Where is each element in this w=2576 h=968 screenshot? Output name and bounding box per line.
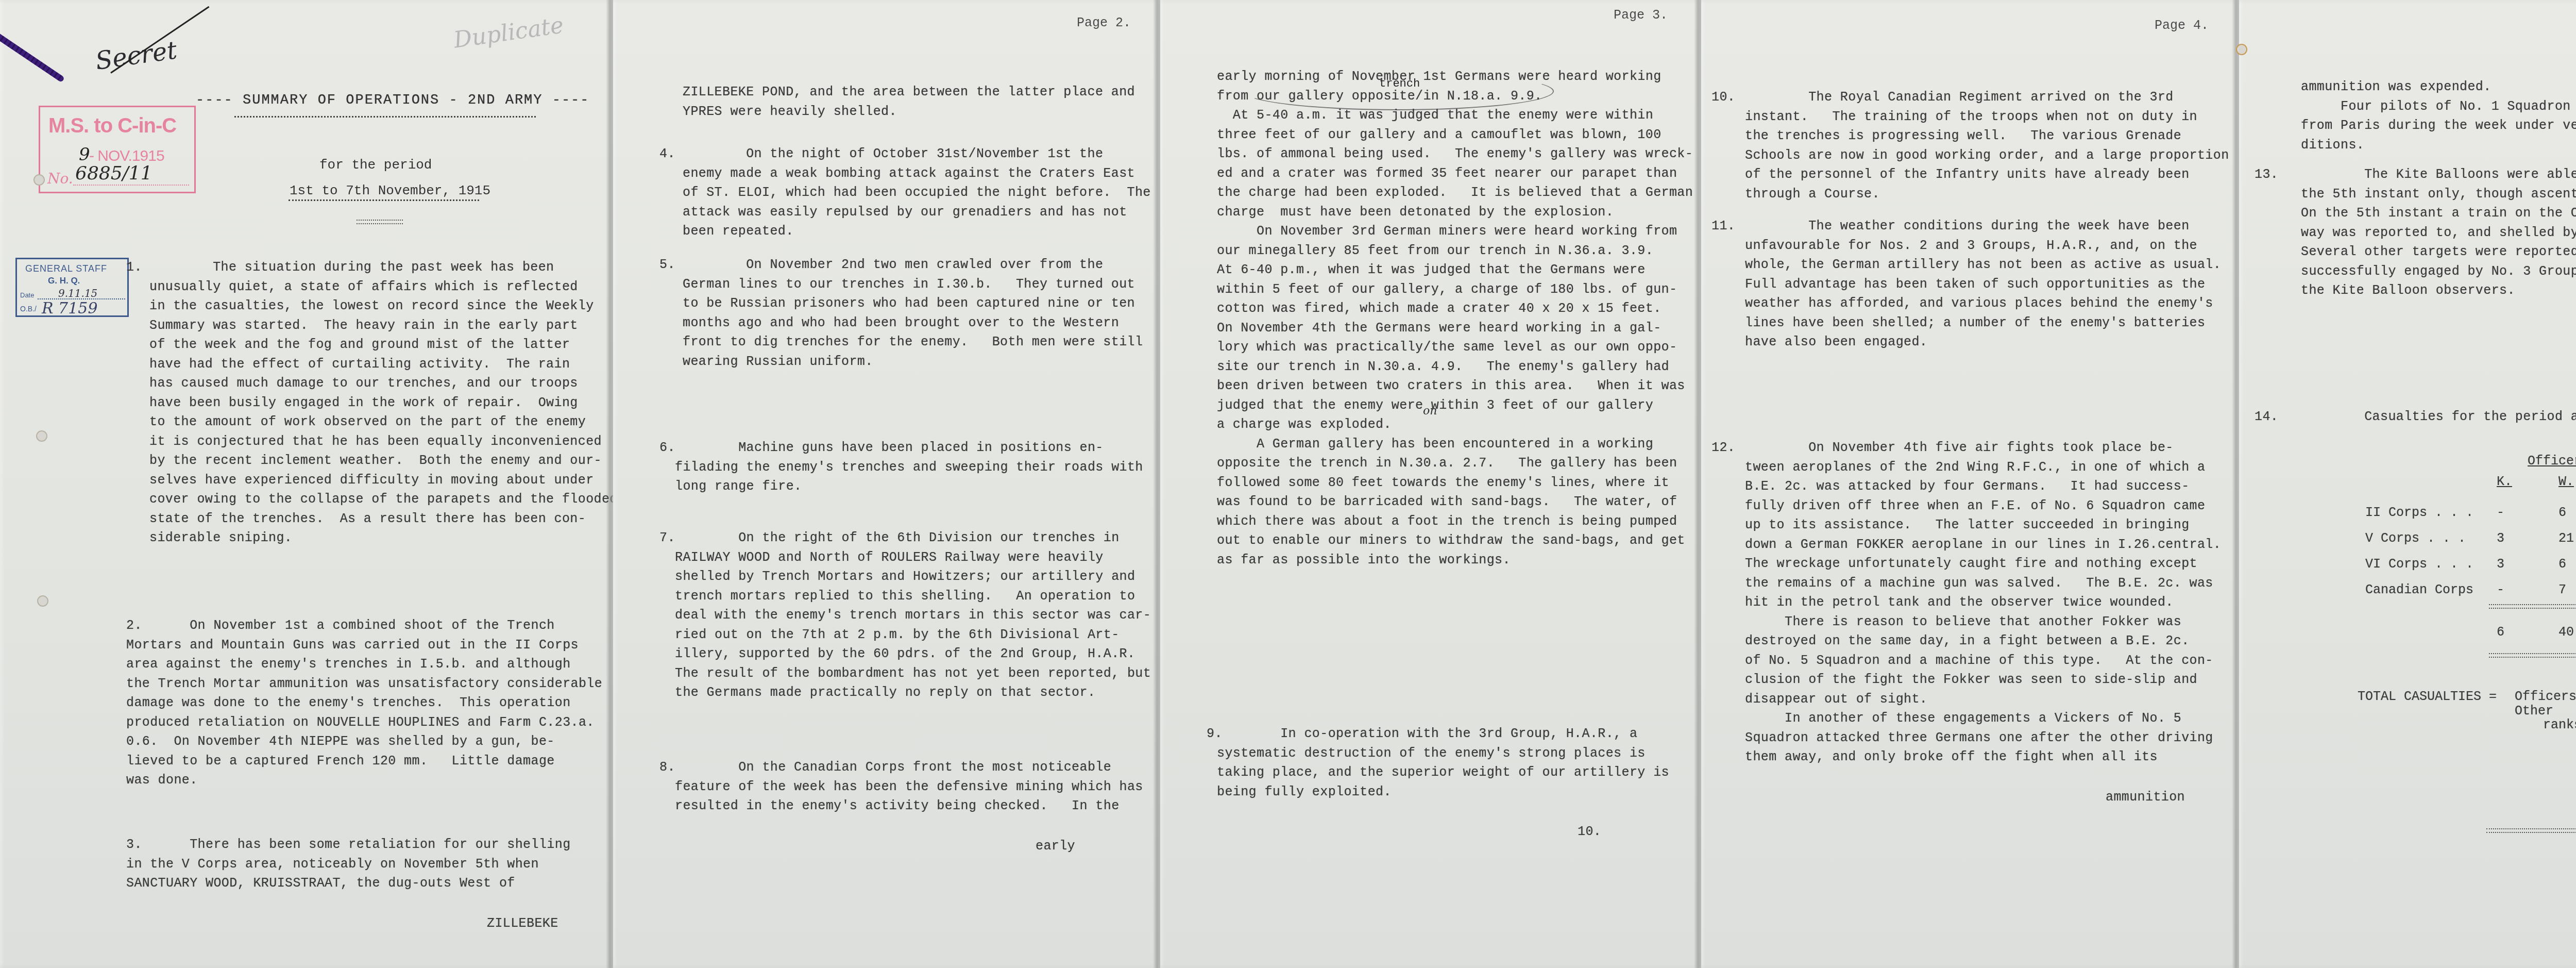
text-line: In co-operation with the 3rd Group, H.A.… bbox=[1217, 724, 1669, 744]
text-line: ammunition was expended. bbox=[2301, 77, 2576, 97]
row-unit: II Corps . . . bbox=[2365, 505, 2473, 520]
text-line: On November 1st a combined shoot of the … bbox=[126, 616, 602, 636]
text-line: from our gallery opposite/in N.18.a. 9.9… bbox=[1217, 87, 1693, 106]
text-line: area against the enemy's trenches in I.5… bbox=[126, 655, 602, 674]
text-line: Summary was started. The heavy rain in t… bbox=[149, 316, 618, 336]
row-value: 3 bbox=[2497, 531, 2504, 546]
document-subtitle: for the period bbox=[319, 157, 432, 173]
text-line: been repeated. bbox=[683, 222, 1151, 241]
text-line: The situation during the past week has b… bbox=[149, 258, 618, 277]
text-line: of ST. ELOI, which had been occupied the… bbox=[683, 183, 1151, 203]
text-line: shelled by Trench Mortars and Howitzers;… bbox=[675, 567, 1151, 587]
text-line: in the V Corps area, noticeably on Novem… bbox=[126, 855, 571, 874]
text-line: ried out on the 7th at 2 p.m. by the 6th… bbox=[675, 625, 1151, 645]
period-underline bbox=[289, 199, 479, 201]
text-line: A German gallery has been encountered in… bbox=[1217, 435, 1693, 454]
text-line: of the personnel of the Infantry units h… bbox=[1745, 165, 2229, 185]
text-line: Machine guns have been placed in positio… bbox=[675, 438, 1143, 458]
other-ranks-label: Other bbox=[2515, 704, 2553, 719]
text-line: opposite the trench in N.30.a. 2.7. The … bbox=[1217, 454, 1693, 473]
text-line: The weather conditions during the week h… bbox=[1745, 216, 2221, 236]
column-header: W. bbox=[2558, 474, 2574, 489]
text-line: have been busily engaged in the work of … bbox=[149, 393, 618, 413]
text-line: At 6-40 p.m., when it was judged that th… bbox=[1217, 260, 1693, 280]
text-line: ed and a crater was formed 35 feet neare… bbox=[1217, 164, 1693, 183]
text-line: being fully exploited. bbox=[1217, 782, 1669, 802]
total-value: 40 bbox=[2558, 625, 2574, 640]
page-number: Page 4. bbox=[2155, 18, 2209, 33]
catchword: ammunition bbox=[2106, 788, 2185, 807]
general-staff-stamp: GENERAL STAFF G. H. Q. Date 9.11.15 O.B.… bbox=[15, 258, 129, 317]
row-unit: Canadian Corps bbox=[2365, 582, 2473, 597]
text-line: On the right of the 6th Division our tre… bbox=[675, 528, 1151, 548]
text-line: weather has afforded, and various places… bbox=[1745, 294, 2221, 313]
paragraph-number: 14. bbox=[2255, 407, 2278, 427]
text-line: 0.6. On November 4th NIEPPE was shelled … bbox=[126, 732, 602, 752]
paragraph: On the Canadian Corps front the most not… bbox=[675, 758, 1143, 816]
pencil-note: Duplicate bbox=[452, 12, 565, 53]
text-line: have also been engaged. bbox=[1745, 332, 2221, 352]
page-5: Page 5. OfficersOther ranksK.W.M.K.W.M.I… bbox=[2239, 0, 2576, 968]
text-line: fully driven off three when an F.E. of N… bbox=[1745, 496, 2221, 516]
stamp-title: M.S. to C-in-C bbox=[48, 114, 176, 138]
text-line: On November 2nd two men crawled over fro… bbox=[683, 255, 1143, 275]
stamp-handwritten-number: 6885/11 bbox=[75, 163, 152, 184]
text-line: On November 4th the Germans were heard w… bbox=[1217, 319, 1693, 338]
paragraph-number: 5. bbox=[659, 255, 675, 275]
text-line: the Kite Balloon observers. bbox=[2301, 281, 2576, 301]
column-header: K. bbox=[2497, 474, 2512, 489]
paragraph-number: 1. bbox=[126, 258, 142, 277]
text-line: siderable sniping. bbox=[149, 528, 618, 548]
text-line: hit in the petrol tank and the observer … bbox=[1745, 593, 2221, 612]
catchword: early bbox=[1036, 837, 1075, 856]
text-line: enemy made a weak bombing attack against… bbox=[683, 164, 1151, 183]
text-line: damage was done to the enemy's trenches.… bbox=[126, 693, 602, 713]
stamp-handwritten-ob: R 7159 bbox=[42, 299, 97, 318]
total-casualties-label: TOTAL CASUALTIES = bbox=[2358, 689, 2497, 704]
row-value: 6 bbox=[2558, 557, 2566, 572]
punch-hole bbox=[2236, 44, 2247, 55]
text-line: instant. The training of the troops when… bbox=[1745, 107, 2229, 127]
text-line: site our trench in N.30.a. 4.9. The enem… bbox=[1217, 357, 1693, 377]
text-line: which there was about a foot in the tren… bbox=[1217, 512, 1693, 531]
text-line: has caused much damage to our trenches, … bbox=[149, 374, 618, 393]
row-value: 3 bbox=[2497, 557, 2504, 572]
text-line: a charge was exploded. bbox=[1217, 415, 1693, 435]
text-line: to be Russian prisoners who had been cap… bbox=[683, 294, 1143, 313]
text-line: On November 3rd German miners were heard… bbox=[1217, 222, 1693, 241]
text-line: German lines to our trenches in I.30.b. … bbox=[683, 275, 1143, 294]
totals-rule bbox=[2489, 604, 2576, 609]
text-line: state of the trenches. As a result there… bbox=[149, 509, 618, 529]
text-line: selves have experienced difficulty in mo… bbox=[149, 471, 618, 490]
text-line: unusually quiet, a state of affairs whic… bbox=[149, 277, 618, 297]
text-line: taking place, and the superior weight of… bbox=[1217, 763, 1669, 782]
text-line: whole, the German artillery has not been… bbox=[1745, 255, 2221, 275]
officers-label: Officers bbox=[2515, 689, 2576, 704]
paragraph-number: 6. bbox=[659, 438, 675, 458]
text-line: attack was easily repulsed by our grenad… bbox=[683, 203, 1151, 222]
text-line: lbs. of ammonal being used. The enemy's … bbox=[1217, 144, 1693, 164]
stamp-handwritten-date: 9.11.15 bbox=[58, 287, 97, 299]
paragraph: There has been some retaliation for our … bbox=[126, 835, 571, 893]
row-value: 6 bbox=[2558, 505, 2566, 520]
punch-hole bbox=[37, 595, 48, 607]
text-line: On the 5th instant a train on the COMINE… bbox=[2301, 204, 2576, 223]
group-header-officers: Officers bbox=[2528, 454, 2576, 469]
text-line: front to dig trenches for the enemy. Bot… bbox=[683, 332, 1143, 352]
stamp-date: - NOV.1915 bbox=[89, 147, 164, 165]
text-line: Squadron attacked three Germans one afte… bbox=[1745, 728, 2221, 748]
paragraph-number: 4. bbox=[659, 144, 675, 164]
text-line: YPRES were heavily shelled. bbox=[683, 102, 1135, 122]
text-line: way was reported to, and shelled by, No.… bbox=[2301, 223, 2576, 243]
text-line: resulted in the enemy's activity being c… bbox=[675, 796, 1143, 816]
totals-double-rule bbox=[2489, 653, 2576, 658]
catchword: 10. bbox=[1578, 822, 1601, 842]
text-line: lory which was practically/the same leve… bbox=[1217, 338, 1693, 357]
binding-string bbox=[0, 31, 65, 82]
text-line: it is conjectured that he has been equal… bbox=[149, 432, 618, 452]
text-line: tween aeroplanes of the 2nd Wing R.F.C.,… bbox=[1745, 458, 2221, 477]
paragraph: On November 4th five air fights took pla… bbox=[1745, 438, 2221, 767]
title-underline bbox=[234, 116, 536, 118]
text-line: clusion of the fight the Fokker was seen… bbox=[1745, 670, 2221, 690]
text-line: The Kite Balloons were able to carry out… bbox=[2301, 165, 2576, 185]
paragraph-number: 8. bbox=[659, 758, 675, 777]
text-line: SANCTUARY WOOD, KRUISSTRAAT, the dug-out… bbox=[126, 874, 571, 893]
other-ranks-label: ranks bbox=[2543, 717, 2576, 732]
page-3: Page 3. trench on early morning of Novem… bbox=[1160, 0, 1701, 968]
text-line: destroyed on the same day, in a fight be… bbox=[1745, 631, 2221, 651]
text-line: disappear out of sight. bbox=[1745, 690, 2221, 709]
end-rule bbox=[2486, 828, 2576, 833]
text-line: the Trench Mortar ammunition was unsatis… bbox=[126, 674, 602, 694]
row-value: 21 bbox=[2558, 531, 2574, 546]
text-line: The result of the bombardment has not ye… bbox=[675, 664, 1151, 683]
paragraph: In co-operation with the 3rd Group, H.A.… bbox=[1217, 724, 1669, 802]
text-line: There is reason to believe that another … bbox=[1745, 612, 2221, 632]
text-line: feature of the week has been the defensi… bbox=[675, 777, 1143, 797]
stamp-number-label: No. bbox=[47, 170, 73, 187]
text-line: lieved to be a captured French 120 mm. L… bbox=[126, 752, 602, 771]
paragraph: The weather conditions during the week h… bbox=[1745, 216, 2221, 352]
paragraph: On the right of the 6th Division our tre… bbox=[675, 528, 1151, 703]
stamp-date-label: Date bbox=[20, 291, 34, 299]
stamp-line1: GENERAL STAFF bbox=[25, 263, 107, 274]
text-line: trench mortars replied to this shelling.… bbox=[675, 587, 1151, 606]
text-line: the Germans made practically no reply on… bbox=[675, 683, 1151, 703]
catchword: ZILLEBEKE bbox=[487, 914, 558, 933]
text-line: Casualties for the period are as follows… bbox=[2301, 407, 2576, 427]
text-line: in the casualties, the lowest on record … bbox=[149, 296, 618, 316]
text-line: RAILWAY WOOD and North of ROULERS Railwa… bbox=[675, 548, 1151, 568]
text-line: been driven between two craters in this … bbox=[1217, 376, 1693, 396]
paragraph: The situation during the past week has b… bbox=[149, 258, 618, 548]
section-divider bbox=[357, 220, 403, 224]
text-line: wearing Russian uniform. bbox=[683, 352, 1143, 372]
document-spread: Duplicate Secret M.S. to C-in-C 9 - NOV.… bbox=[0, 0, 2576, 968]
text-line: B.E. 2c. was attacked by four Germans. I… bbox=[1745, 477, 2221, 496]
document-title: ---- SUMMARY OF OPERATIONS - 2ND ARMY --… bbox=[196, 93, 590, 108]
text-line: three feet of our gallery and a camoufle… bbox=[1217, 125, 1693, 145]
punch-hole bbox=[36, 430, 47, 442]
text-line: ZILLEBEKE POND, and the area between the… bbox=[683, 82, 1135, 102]
text-line: On the Canadian Corps front the most not… bbox=[675, 758, 1143, 777]
text-line: was found to be barricaded with sand-bag… bbox=[1217, 492, 1693, 512]
text-line: months ago and who had been brought over… bbox=[683, 313, 1143, 333]
text-line: On the night of October 31st/November 1s… bbox=[683, 144, 1151, 164]
text-line: deal with the enemy's trench mortars in … bbox=[675, 606, 1151, 625]
paragraph-number: 12. bbox=[1711, 438, 1735, 458]
text-line: them away, and only broke off the fight … bbox=[1745, 747, 2221, 767]
page-number: Page 3. bbox=[1614, 8, 1668, 23]
row-unit: VI Corps . . . bbox=[2365, 557, 2473, 572]
text-line: cotton was fired, which made a crater 40… bbox=[1217, 299, 1693, 319]
text-line: as far as possible into the workings. bbox=[1217, 550, 1693, 570]
text-line: the 5th instant only, though ascents wer… bbox=[2301, 185, 2576, 204]
page-1: Duplicate Secret M.S. to C-in-C 9 - NOV.… bbox=[0, 0, 613, 968]
text-line: Four pilots of No. 1 Squadron brought up… bbox=[2301, 97, 2576, 116]
paragraph: Casualties for the period are as follows… bbox=[2301, 407, 2576, 427]
text-line: There has been some retaliation for our … bbox=[126, 835, 571, 855]
paragraph: ZILLEBEKE POND, and the area between the… bbox=[683, 82, 1135, 121]
text-line: the trenches is progressing well. The va… bbox=[1745, 126, 2229, 146]
row-value: - bbox=[2497, 582, 2504, 597]
text-line: the remains of a machine gun was salved.… bbox=[1745, 574, 2221, 593]
text-line: cover owing to the collapse of the parap… bbox=[149, 490, 618, 509]
text-line: successfully engaged by No. 3 Group with… bbox=[2301, 262, 2576, 281]
text-line: long range fire. bbox=[675, 477, 1143, 496]
text-line: the charge had been exploded. It is beli… bbox=[1217, 183, 1693, 203]
text-line: illery, supported by the 60 pdrs. of the… bbox=[675, 644, 1151, 664]
punch-hole bbox=[33, 174, 45, 186]
text-line: The wreckage unfortunately caught fire a… bbox=[1745, 554, 2221, 574]
text-line: filading the enemy's trenches and sweepi… bbox=[675, 458, 1143, 477]
text-line: by the recent inclement weather. Both th… bbox=[149, 451, 618, 471]
text-line: from Paris during the week under very tr… bbox=[2301, 116, 2576, 136]
text-line: early morning of November 1st Germans we… bbox=[1217, 67, 1693, 87]
paragraph: On the night of October 31st/November 1s… bbox=[683, 144, 1151, 241]
text-line: On November 4th five air fights took pla… bbox=[1745, 438, 2221, 458]
paragraph-number: 13. bbox=[2255, 165, 2278, 185]
text-line: have had the effect of curtailing activi… bbox=[149, 355, 618, 374]
paragraph: Machine guns have been placed in positio… bbox=[675, 438, 1143, 496]
text-line: to the amount of work observed on the pa… bbox=[149, 412, 618, 432]
text-line: of the week and the fog and ground mist … bbox=[149, 335, 618, 355]
row-unit: V Corps . . . bbox=[2365, 531, 2466, 546]
page-4: Page 4. 10. The Royal Canadian Regiment … bbox=[1701, 0, 2239, 968]
paragraph-number: 10. bbox=[1711, 88, 1735, 107]
text-line: up to its assistance. The latter succeed… bbox=[1745, 515, 2221, 535]
text-line: unfavourable for Nos. 2 and 3 Groups, H.… bbox=[1745, 236, 2221, 256]
paragraph: On November 2nd two men crawled over fro… bbox=[683, 255, 1143, 371]
text-line: Mortars and Mountain Guns was carried ou… bbox=[126, 636, 602, 655]
page-2: Page 2. ZILLEBEKE POND, and the area bet… bbox=[613, 0, 1160, 968]
paragraph-number: 11. bbox=[1711, 216, 1735, 236]
casualties-table: OfficersOther ranksK.W.M.K.W.M.II Corps … bbox=[2239, 454, 2576, 814]
ms-to-c-in-c-stamp: M.S. to C-in-C 9 - NOV.1915 No. 6885/11 bbox=[39, 106, 196, 193]
row-value: - bbox=[2497, 505, 2504, 520]
text-line: In another of these engagements a Vicker… bbox=[1745, 709, 2221, 728]
paragraph: ammunition was expended. Four pilots of … bbox=[2301, 77, 2576, 155]
text-line: ditions. bbox=[2301, 136, 2576, 155]
text-line: produced retaliation on NOUVELLE HOUPLIN… bbox=[126, 713, 602, 732]
text-line: followed some 80 feet towards the enemy'… bbox=[1217, 473, 1693, 493]
text-line: Several other targets were reported on t… bbox=[2301, 242, 2576, 262]
page-number: Page 2. bbox=[1077, 15, 1131, 30]
text-line: lines have been shelled; a number of the… bbox=[1745, 313, 2221, 333]
text-line: Schools are now in good working order, a… bbox=[1745, 146, 2229, 165]
text-line: out to enable our miners to withdraw the… bbox=[1217, 531, 1693, 550]
paragraph-number: 7. bbox=[659, 528, 675, 548]
paragraph: early morning of November 1st Germans we… bbox=[1217, 67, 1693, 570]
text-line: of No. 5 Squadron and a machine of this … bbox=[1745, 651, 2221, 671]
row-value: 7 bbox=[2558, 582, 2566, 597]
text-line: charge must have been detonated by the e… bbox=[1217, 203, 1693, 222]
text-line: The Royal Canadian Regiment arrived on t… bbox=[1745, 88, 2229, 107]
paragraph: The Royal Canadian Regiment arrived on t… bbox=[1745, 88, 2229, 204]
text-line: Full advantage has been taken of such op… bbox=[1745, 275, 2221, 294]
text-line: At 5-40 a.m. it was judged that the enem… bbox=[1217, 106, 1693, 125]
text-line: judged that the enemy were within 3 feet… bbox=[1217, 396, 1693, 415]
paragraph: On November 1st a combined shoot of the … bbox=[126, 616, 602, 790]
text-line: through a Course. bbox=[1745, 185, 2229, 204]
total-value: 6 bbox=[2497, 625, 2504, 640]
document-period: 1st to 7th November, 1915 bbox=[290, 183, 490, 198]
text-line: systematic destruction of the enemy's st… bbox=[1217, 744, 1669, 763]
paragraph: The Kite Balloons were able to carry out… bbox=[2301, 165, 2576, 301]
stamp-ob-label: O.B./ bbox=[20, 305, 37, 313]
text-line: down a German FOKKER aeroplane in our li… bbox=[1745, 535, 2221, 555]
stamp-line2: G. H. Q. bbox=[48, 276, 80, 286]
text-line: within 5 feet of our gallery, a charge o… bbox=[1217, 280, 1693, 299]
text-line: our minegallery 85 feet from our trench … bbox=[1217, 241, 1693, 261]
text-line: was done. bbox=[126, 771, 602, 790]
stamp-dotted-line bbox=[73, 185, 189, 186]
stamp-handwritten-day: 9 bbox=[79, 144, 90, 165]
